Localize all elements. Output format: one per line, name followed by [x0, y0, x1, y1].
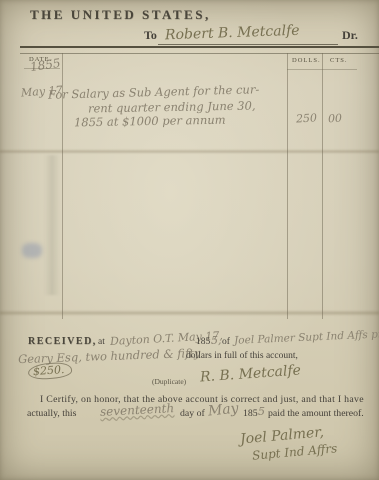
dr-label: Dr. — [342, 28, 358, 43]
certification-day-handwritten: seventeenth — [100, 401, 175, 419]
certification-line2-mid: day of — [180, 408, 205, 419]
payee-signature-handwritten: R. B. Metcalfe — [200, 362, 302, 385]
cts-column-header: CTS. — [330, 57, 348, 64]
date-header-underline — [24, 68, 60, 69]
document-title: THE UNITED STATES, — [30, 7, 211, 23]
certification-month-handwritten: May — [207, 400, 239, 419]
table-divider-cts — [322, 53, 323, 319]
received-of-label: of — [222, 337, 230, 347]
vertical-crease — [44, 155, 60, 295]
certification-line2-post: paid the amount thereof. — [268, 408, 364, 419]
header-rule-thick — [20, 46, 379, 48]
received-year-digit-handwritten: 5, — [211, 334, 222, 347]
certification-line2-pre: actually, this — [27, 408, 76, 419]
amount-circle: $250. — [27, 362, 72, 381]
received-at-label: at — [98, 337, 105, 347]
entry-description-line3: 1855 at $1000 per annum — [74, 113, 226, 130]
table-divider-dolls — [287, 53, 288, 319]
to-label: To — [144, 28, 157, 43]
duplicate-label: (Duplicate) — [152, 377, 186, 386]
received-label: RECEIVED, — [28, 336, 97, 347]
entry-dolls-value: 250 — [296, 111, 318, 125]
certification-line1: I Certify, on honor, that the above acco… — [40, 394, 364, 405]
document-scan: THE UNITED STATES, To Robert B. Metcalfe… — [0, 0, 379, 480]
payee-name-handwritten: Robert B. Metcalfe — [165, 23, 300, 44]
received-payer-handwritten: Joel Palmer Supt Ind Affs pr E.R. — [234, 327, 379, 347]
dolls-column-header: DOLLS. — [292, 57, 321, 64]
payee-underline — [158, 44, 338, 45]
certification-year-printed: 185 — [243, 408, 258, 419]
received-dollars-text: dollars in full of this account, — [186, 351, 298, 361]
received-amount-figures: $250. — [28, 363, 72, 379]
entry-cts-value: 00 — [328, 112, 343, 126]
blue-ink-smudge — [22, 243, 42, 258]
certification-year-digit-handwritten: 5 — [258, 405, 265, 418]
year-handwritten: 1855 — [29, 56, 61, 74]
header-rule-thin — [20, 53, 379, 54]
